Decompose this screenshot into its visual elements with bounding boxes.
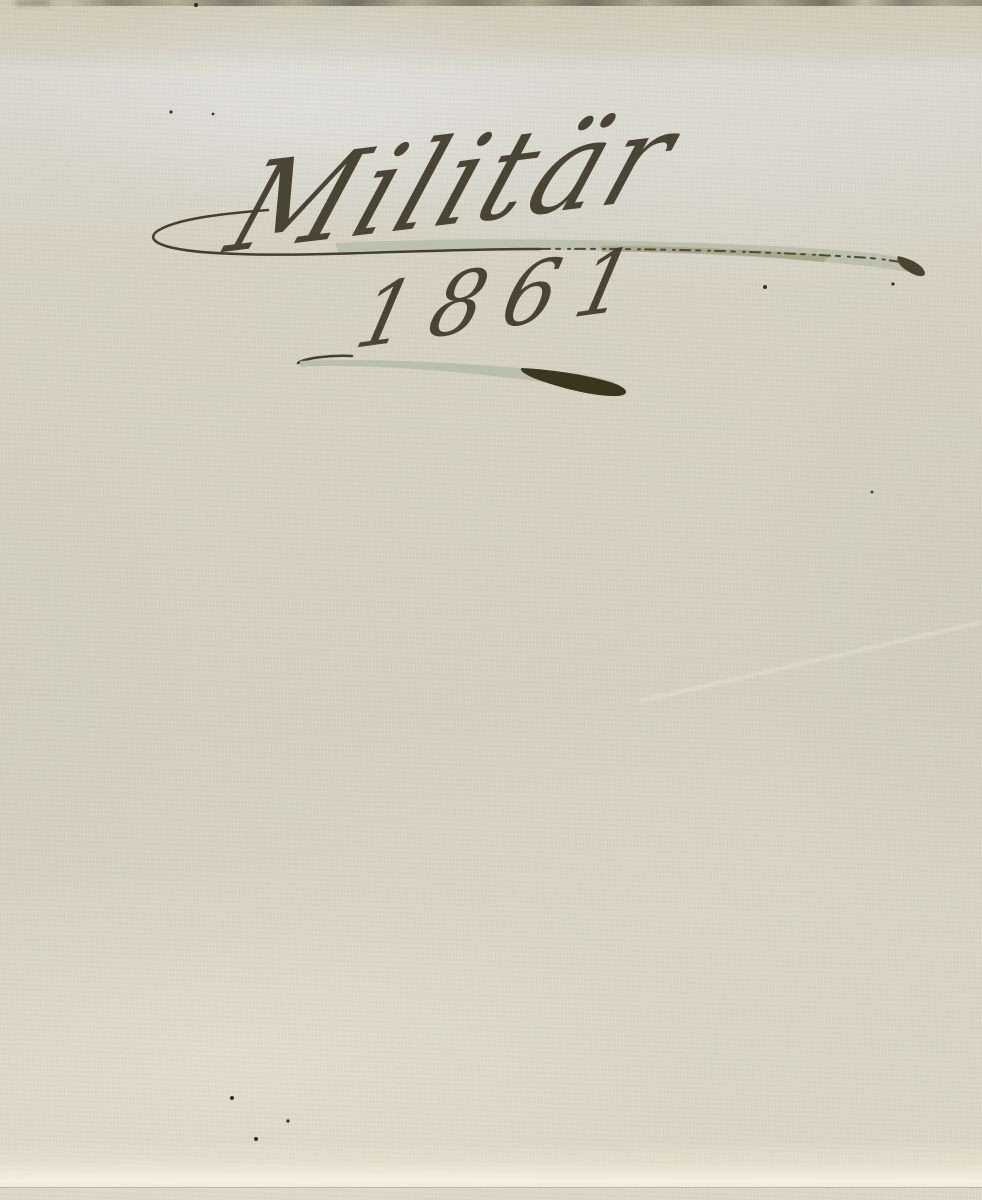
- ink-speck: [763, 285, 767, 289]
- flourish-dark-tip: [897, 256, 925, 276]
- ink-speck: [286, 1119, 289, 1122]
- ink-speck: [169, 110, 172, 113]
- ink-speck: [212, 113, 215, 116]
- year-underline-flourish: [298, 356, 626, 396]
- ink-speck: [871, 491, 874, 494]
- ink-speck: [254, 1137, 258, 1141]
- ink-speck: [891, 282, 894, 285]
- ink-speck: [194, 3, 198, 7]
- bottom-worn-highlight: [0, 1142, 982, 1188]
- ink-speck: [230, 1096, 234, 1100]
- page-bottom-edge: [0, 1187, 982, 1200]
- handwriting-layer: Militär 1861: [0, 0, 982, 1200]
- document-page: Militär 1861: [0, 0, 982, 1200]
